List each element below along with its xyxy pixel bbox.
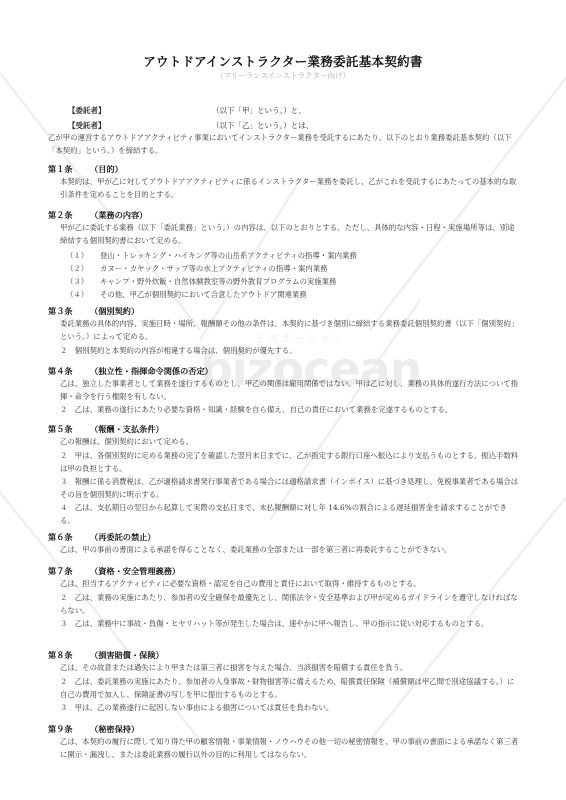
document-title: アウトドアインストラクター業務委託基本契約書: [0, 52, 566, 70]
article-title: （再委託の禁止）: [90, 532, 156, 542]
article-5-paragraph: ４ 乙は、支払期日の翌日から起算して実際の支払日まで、未払報酬額に対し年 14.…: [60, 502, 520, 527]
article-8-paragraph: ２ 乙は、委託業務の実施にあたり、参加者の人身事故・財物損害等に備えるため、賠償…: [60, 676, 520, 701]
article-3-paragraph: 委託業務の具体的内容、実施日時・場所、報酬額その他の条件は、本契約に基づき個別に…: [60, 318, 520, 343]
article-number: 第２条: [48, 210, 90, 221]
article-5-heading: 第５条（報酬・支払条件）: [48, 424, 164, 435]
article-8-paragraph: ３ 甲は、乙の業務遂行に起因しない事由による損害については責任を負わない。: [60, 702, 520, 715]
article-title: （個別契約）: [90, 306, 139, 316]
article-1-heading: 第１条（目的）: [48, 164, 123, 175]
article-title: （独立性・指揮命令関係の否定）: [90, 366, 213, 376]
list-item: （３）キャンプ・野外炊飯・自然体験教室等の野外教育プログラムの実施業務: [66, 276, 336, 287]
article-2-heading: 第２条（業務の内容）: [48, 210, 147, 221]
article-4-paragraph: ２ 乙は、業務の遂行にあたり必要な資格・知識・経験を自ら備え、自己の責任において…: [60, 404, 520, 417]
article-1-paragraph: 本契約は、甲が乙に対してアウトドアアクティビティに係るインストラクター業務を委託…: [60, 176, 520, 201]
article-number: 第６条: [48, 532, 90, 543]
article-title: （秘密保持）: [90, 724, 139, 734]
list-item: （２）カヌー・カヤック・サップ等の水上アクティビティの指導・案内業務: [66, 263, 328, 274]
preamble: 乙が甲の運営するアウトドアアクティビティ事業においてインストラクター業務を受託す…: [48, 132, 518, 157]
article-number: 第８条: [48, 650, 90, 661]
article-4-heading: 第４条（独立性・指揮命令関係の否定）: [48, 366, 213, 377]
article-title: （損害賠償・保険）: [90, 650, 164, 660]
party-contractor-note: （以下「乙」という。）とは、: [212, 120, 313, 131]
article-number: 第９条: [48, 724, 90, 735]
article-6-heading: 第６条（再委託の禁止）: [48, 532, 156, 543]
article-7-paragraph: ３ 乙は、業務中に事故・負傷・ヒヤリハット等が発生した場合は、速やかに甲へ報告し…: [60, 618, 520, 631]
article-5-paragraph: 乙の報酬は、個別契約において定める。: [60, 436, 520, 449]
article-title: （目的）: [90, 164, 123, 174]
article-title: （業務の内容）: [90, 210, 147, 220]
article-number: 第５条: [48, 424, 90, 435]
article-5-paragraph: ３ 報酬に係る消費税は、乙が適格請求書発行事業者である場合には適格請求書（インボ…: [60, 476, 520, 501]
article-4-paragraph: 乙は、独立した事業者として業務を遂行するものとし、甲乙の関係は雇用関係ではない。…: [60, 378, 520, 403]
party-client-note: （以下「甲」という。）と、: [212, 105, 306, 116]
article-2-paragraph: 甲が乙に委託する業務（以下「委託業務」という。）の内容は、以下のとおりとする。た…: [60, 222, 520, 247]
list-item: （１）登山・トレッキング・ハイキング等の山岳系アクティビティの指導・案内業務: [66, 250, 357, 261]
party-contractor-label: 【受託者】: [68, 120, 106, 131]
list-item: （４）その他、甲乙が個別契約において合意したアウトドア関連業務: [66, 289, 307, 300]
article-8-paragraph: 乙は、その故意または過失により甲または第三者に損害を与えた場合、当該損害を賠償す…: [60, 662, 520, 675]
article-9-heading: 第９条（秘密保持）: [48, 724, 139, 735]
article-3-paragraph: ２ 個別契約と本契約の内容が相違する場合は、個別契約が優先する。: [60, 345, 520, 358]
article-title: （報酬・支払条件）: [90, 424, 164, 434]
article-7-heading: 第７条（資格・安全管理義務）: [48, 566, 180, 577]
article-7-paragraph: 乙は、担当するアクティビティに必要な資格・認定を自己の費用と責任において取得・維…: [60, 578, 520, 591]
article-9-paragraph: 乙は、本契約の履行に際して知り得た甲の顧客情報・事業情報・ノウハウその他一切の秘…: [60, 736, 520, 761]
article-number: 第４条: [48, 366, 90, 377]
article-title: （資格・安全管理義務）: [90, 566, 180, 576]
article-number: 第１条: [48, 164, 90, 175]
article-number: 第７条: [48, 566, 90, 577]
article-8-heading: 第８条（損害賠償・保険）: [48, 650, 164, 661]
party-client-label: 【委託者】: [68, 105, 106, 116]
article-5-paragraph: ２ 甲は、各個別契約に定める業務の完了を確認した翌月末日までに、乙が指定する銀行…: [60, 450, 520, 475]
article-number: 第３条: [48, 306, 90, 317]
document-subtitle: （フリーランスインストラクター向け）: [0, 70, 566, 81]
article-3-heading: 第３条（個別契約）: [48, 306, 139, 317]
article-7-paragraph: ２ 乙は、業務の実施にあたり、参加者の安全確保を最優先とし、関係法令・安全基準お…: [60, 592, 520, 617]
article-6-paragraph: 乙は、甲の事前の書面による承諾を得ることなく、委託業務の全部または一部を第三者に…: [60, 544, 520, 557]
